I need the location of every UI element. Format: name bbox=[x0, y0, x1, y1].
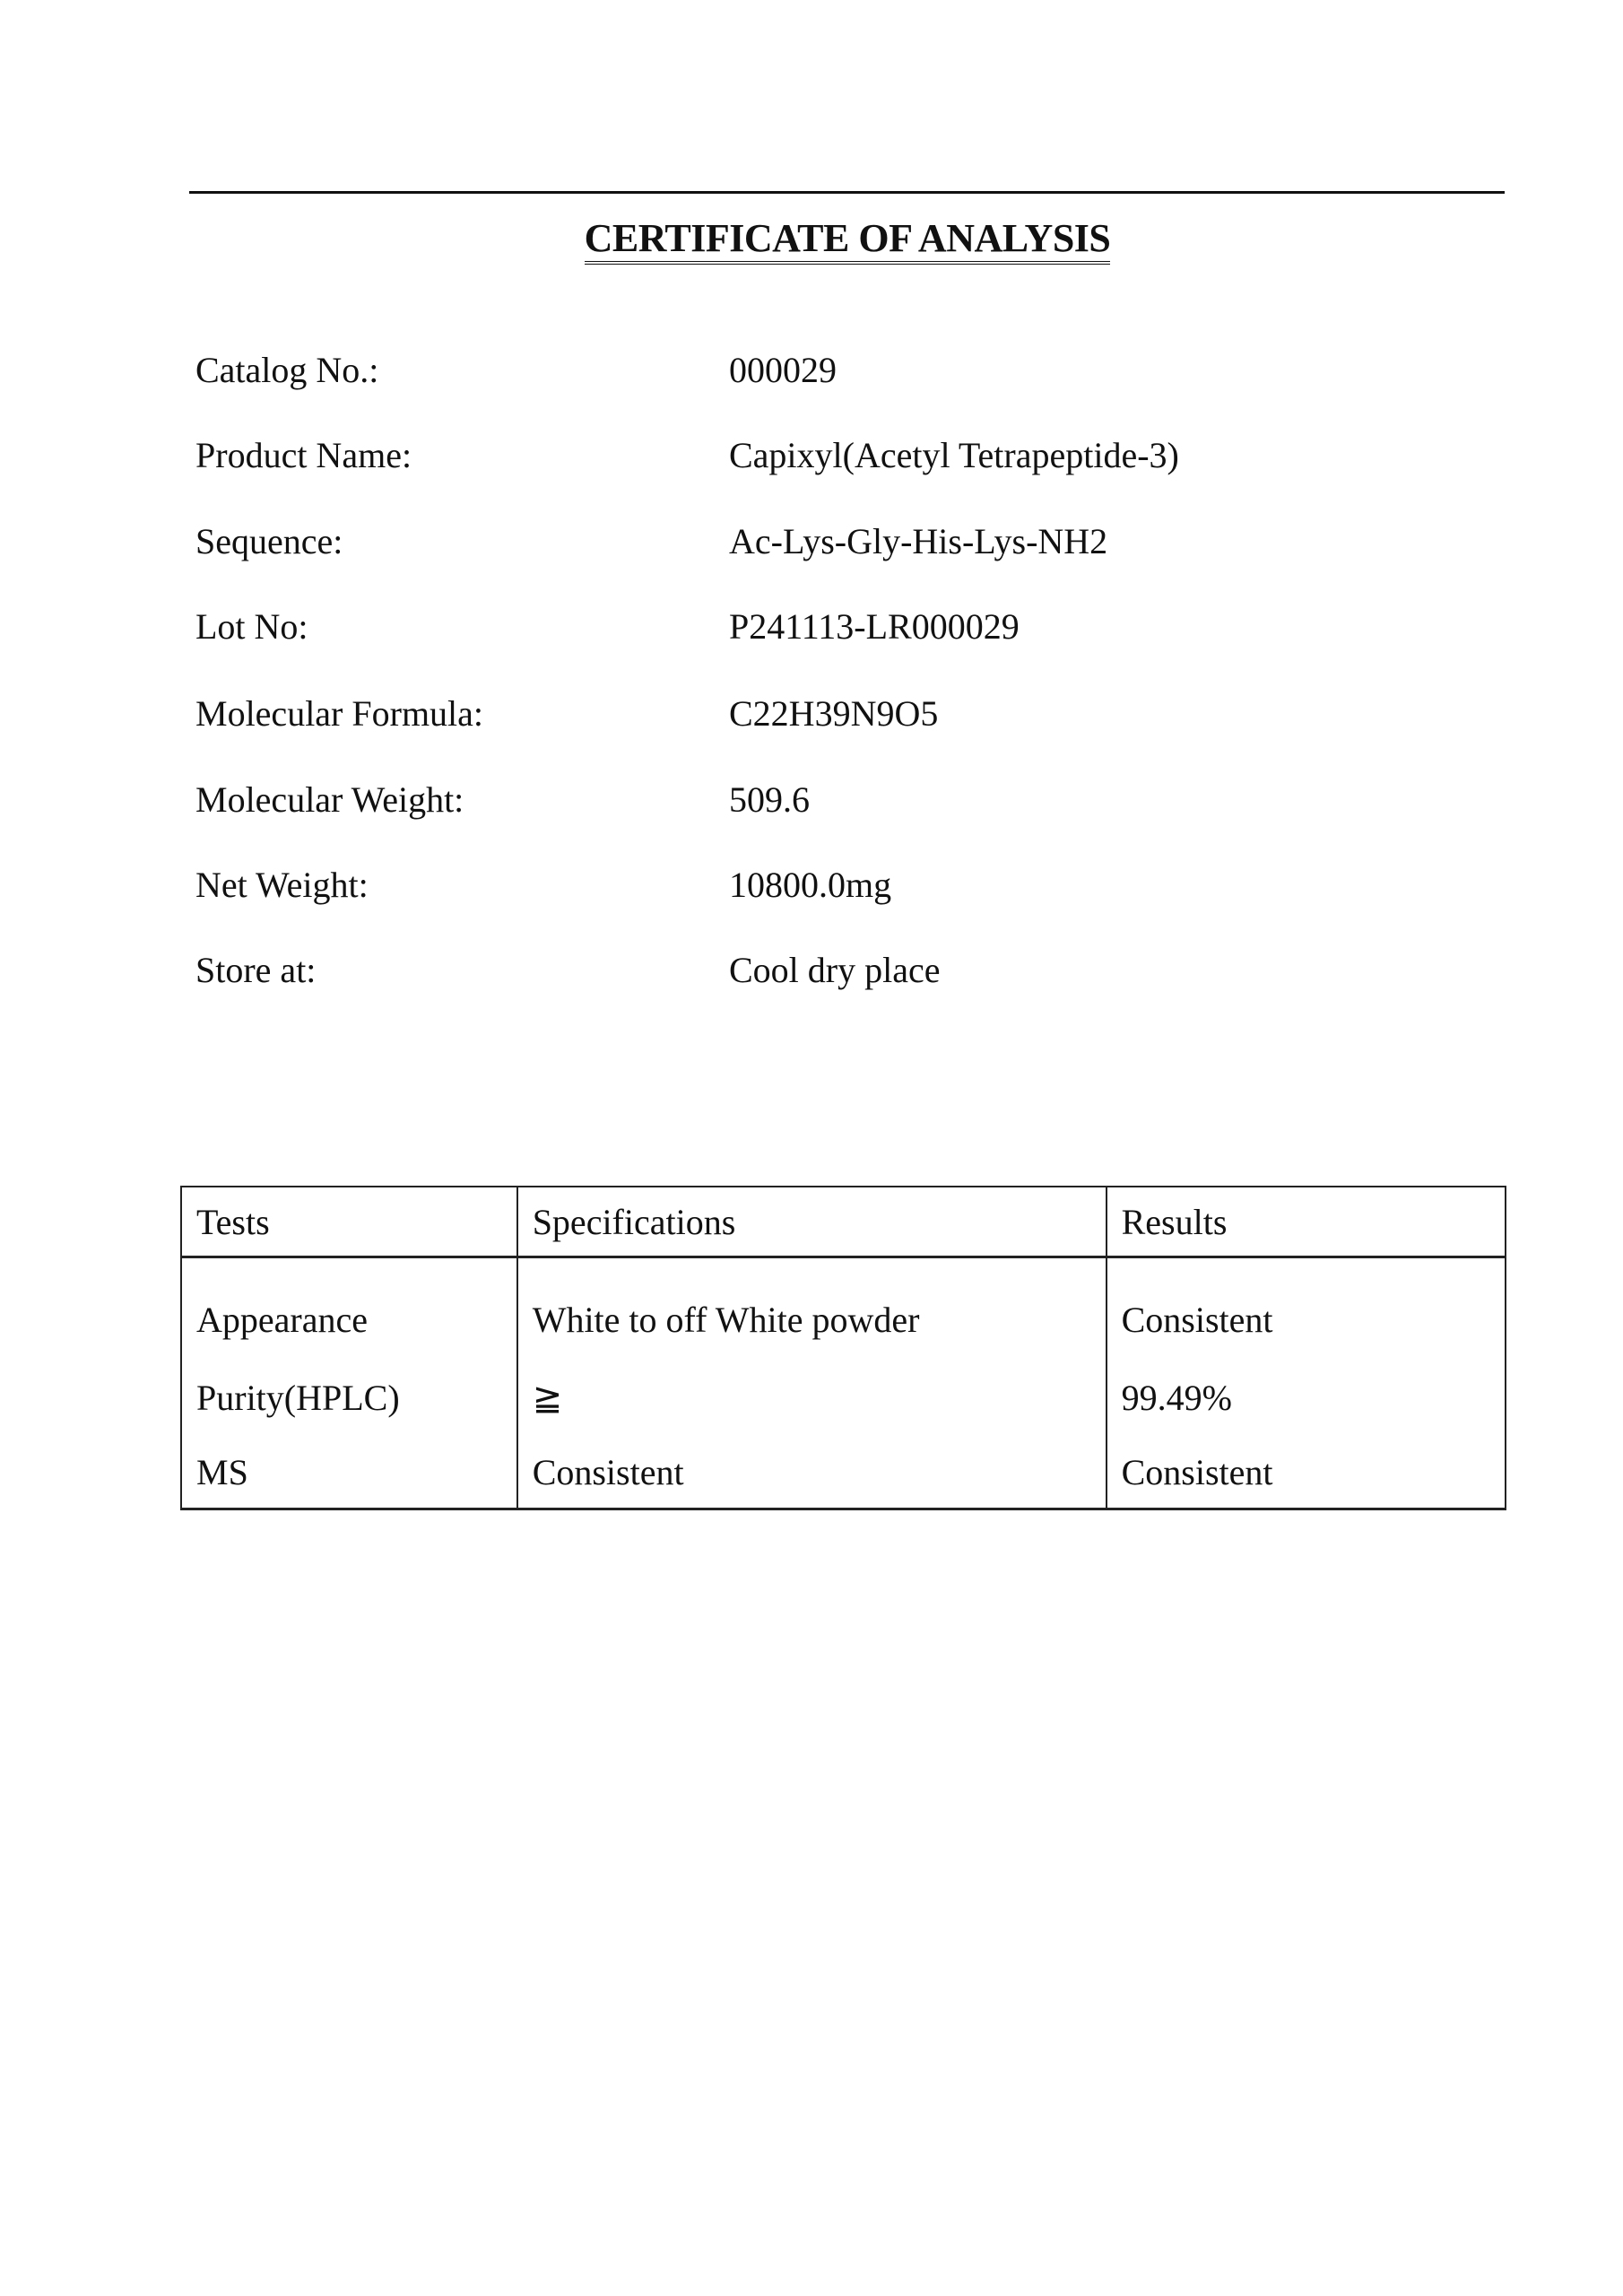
test-result: Consistent bbox=[1107, 1436, 1506, 1509]
header-specifications: Specifications bbox=[517, 1187, 1107, 1257]
table-header-row: Tests Specifications Results bbox=[181, 1187, 1506, 1257]
header-results: Results bbox=[1107, 1187, 1506, 1257]
field-value: C22H39N9O5 bbox=[729, 691, 938, 736]
field-value: 10800.0mg bbox=[729, 863, 891, 908]
top-rule bbox=[189, 191, 1505, 194]
test-spec: White to off White powder bbox=[517, 1257, 1107, 1360]
field-label: Store at: bbox=[195, 948, 316, 993]
field-label: Lot No: bbox=[195, 604, 308, 649]
header-tests: Tests bbox=[181, 1187, 517, 1257]
page-title: CERTIFICATE OF ANALYSIS bbox=[0, 215, 1623, 261]
field-label: Product Name: bbox=[195, 433, 412, 478]
test-spec: ≧ bbox=[517, 1359, 1107, 1436]
table-row: Appearance White to off White powder Con… bbox=[181, 1257, 1506, 1360]
table-row: Purity(HPLC) ≧ 99.49% bbox=[181, 1359, 1506, 1436]
field-label: Sequence: bbox=[195, 519, 343, 564]
field-label: Molecular Weight: bbox=[195, 778, 464, 822]
test-result: Consistent bbox=[1107, 1257, 1506, 1360]
field-value: 000029 bbox=[729, 348, 837, 393]
table-row: MS Consistent Consistent bbox=[181, 1436, 1506, 1509]
field-value: 509.6 bbox=[729, 778, 810, 822]
field-label: Molecular Formula: bbox=[195, 691, 483, 736]
test-name: MS bbox=[181, 1436, 517, 1509]
test-spec: Consistent bbox=[517, 1436, 1107, 1509]
title-text: CERTIFICATE OF ANALYSIS bbox=[585, 216, 1111, 265]
field-value: P241113-LR000029 bbox=[729, 604, 1020, 649]
field-label: Net Weight: bbox=[195, 863, 369, 908]
field-label: Catalog No.: bbox=[195, 348, 378, 393]
field-value: Cool dry place bbox=[729, 948, 941, 993]
results-table: Tests Specifications Results Appearance … bbox=[180, 1186, 1506, 1510]
field-value: Ac-Lys-Gly-His-Lys-NH2 bbox=[729, 519, 1107, 564]
test-name: Purity(HPLC) bbox=[181, 1359, 517, 1436]
field-value: Capixyl(Acetyl Tetrapeptide-3) bbox=[729, 433, 1179, 478]
test-name: Appearance bbox=[181, 1257, 517, 1360]
test-result: 99.49% bbox=[1107, 1359, 1506, 1436]
